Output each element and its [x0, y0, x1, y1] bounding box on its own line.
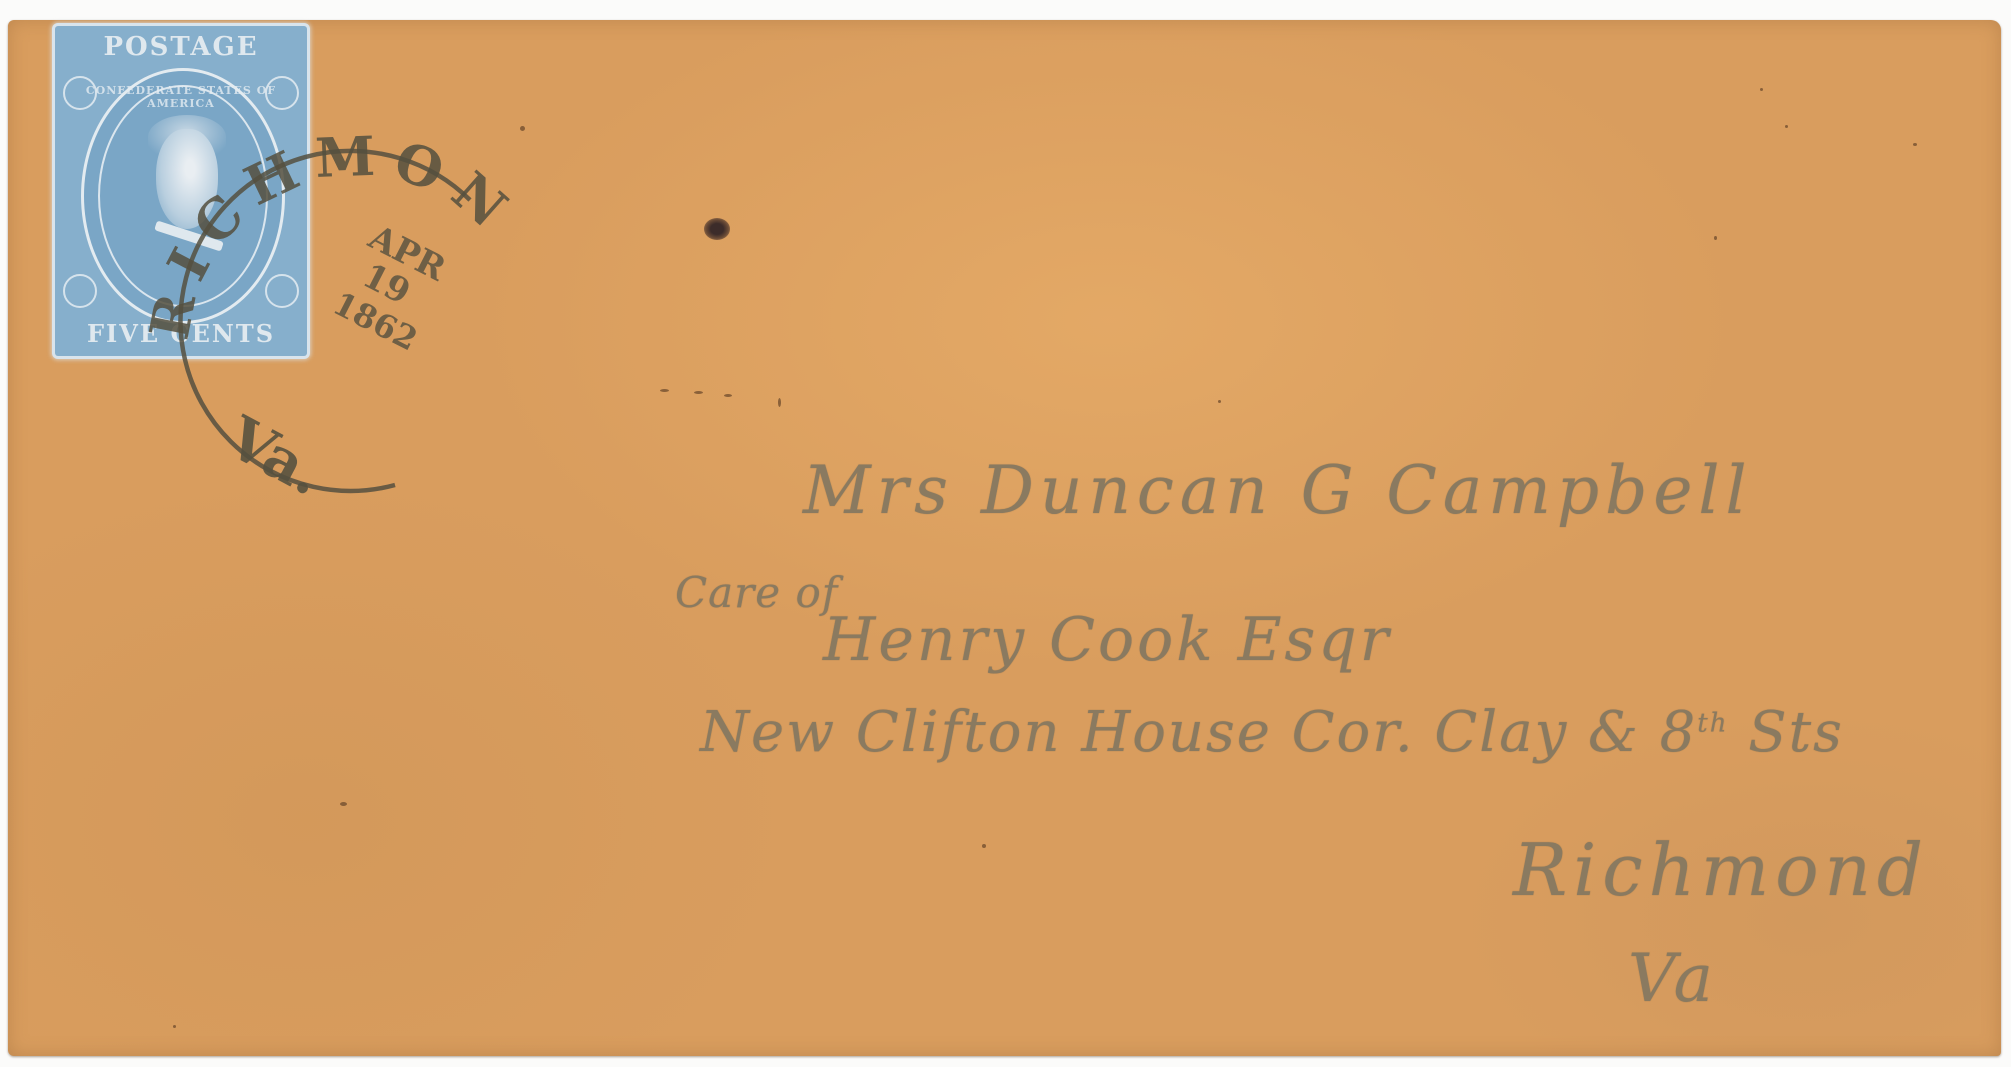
care-of-label: Care of [675, 568, 838, 617]
paper-speck [982, 844, 986, 848]
paper-speck [520, 126, 525, 131]
street-main: New Clifton House Cor. Clay & 8 [700, 700, 1697, 765]
paper-speck [1913, 143, 1917, 146]
paper-speck [1714, 236, 1717, 240]
stamp-top-text: POSTAGE [55, 32, 307, 62]
paper-speck [778, 398, 781, 407]
paper-speck [660, 389, 669, 392]
paper-speck [1785, 125, 1788, 128]
care-of-name: Henry Cook Esqr [823, 605, 1391, 675]
paper-speck [724, 394, 732, 397]
address-city: Richmond [1513, 828, 1929, 912]
paper-speck [694, 391, 703, 394]
street-suffix: th [1697, 708, 1728, 738]
paper-speck [173, 1025, 176, 1028]
street-address: New Clifton House Cor. Clay & 8th Sts [700, 700, 1844, 765]
ink-blot [704, 218, 730, 240]
portrait-face-icon [156, 129, 218, 229]
stamp-bottom-text: FIVE CENTS [55, 319, 307, 348]
street-end: Sts [1729, 700, 1844, 765]
scroll-ornament-icon [63, 274, 97, 308]
scroll-ornament-icon [265, 274, 299, 308]
stamp-oval-text: CONFEDERATE STATES OF AMERICA [63, 84, 299, 110]
paper-speck [1218, 400, 1221, 403]
paper-speck [1760, 88, 1763, 91]
address-state: Va [1628, 940, 1717, 1017]
envelope: POSTAGE CONFEDERATE STATES OF AMERICA FI… [8, 20, 2001, 1056]
addressee-name: Mrs Duncan G Campbell [803, 452, 1753, 529]
paper-speck [340, 802, 347, 806]
postage-stamp: POSTAGE CONFEDERATE STATES OF AMERICA FI… [55, 26, 307, 356]
